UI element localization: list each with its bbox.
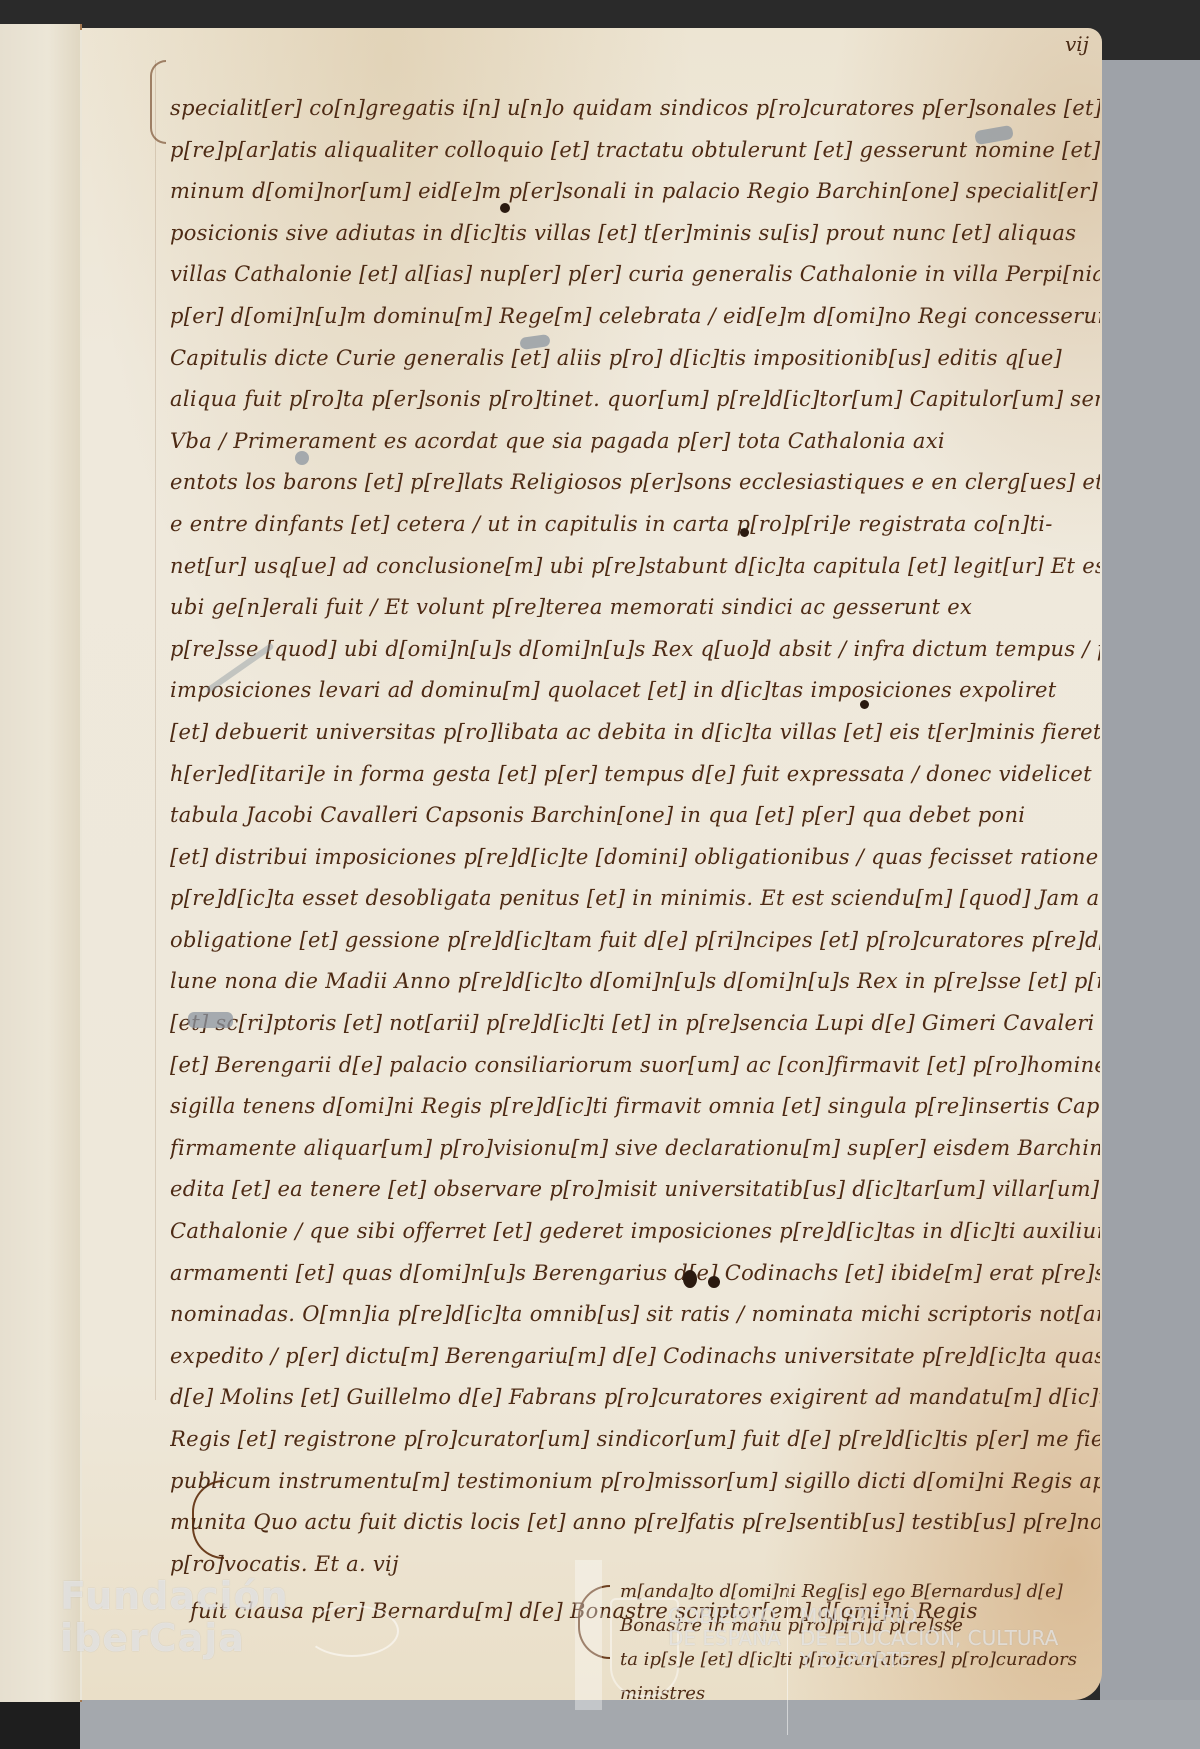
margin-ruling bbox=[155, 60, 156, 1400]
text-line: imposiciones levari ad dominu[m] quolace… bbox=[170, 670, 1100, 712]
text-line: p[re]d[ic]ta esset desobligata penitus [… bbox=[170, 878, 1100, 920]
watermark-text: Y DEPORTE bbox=[800, 1649, 1058, 1671]
text-line: d[e] Molins [et] Guillelmo d[e] Fabrans … bbox=[170, 1377, 1100, 1419]
manuscript-text-block: specialit[er] co[n]gregatis i[n] u[n]o q… bbox=[170, 88, 1100, 1633]
text-line: [et] debuerit universitas p[ro]libata ac… bbox=[170, 712, 1100, 754]
text-line: armamenti [et] quas d[omi]n[u]s Berengar… bbox=[170, 1253, 1100, 1295]
text-line: Vba / Primerament es acordat que sia pag… bbox=[170, 421, 1100, 463]
text-line: e entre dinfants [et] cetera / ut in cap… bbox=[170, 504, 1100, 546]
text-line: Cathalonie / que sibi offerret [et] gede… bbox=[170, 1211, 1100, 1253]
text-line: h[er]ed[itari]e in forma gesta [et] p[er… bbox=[170, 754, 1100, 796]
repair-patch bbox=[295, 451, 309, 465]
text-line: Capitulis dicte Curie generalis [et] ali… bbox=[170, 338, 1100, 380]
text-line: [et] Berengarii d[e] palacio consiliario… bbox=[170, 1045, 1100, 1087]
text-line: Regis [et] registrone p[ro]curator[um] s… bbox=[170, 1419, 1100, 1461]
text-line: p[er] d[omi]n[u]m dominu[m] Rege[m] cele… bbox=[170, 296, 1100, 338]
text-line: lune nona die Madii Anno p[re]d[ic]to d[… bbox=[170, 961, 1100, 1003]
watermark-text: DE EDUCACIÓN, CULTURA bbox=[800, 1627, 1058, 1649]
watermark-divider bbox=[787, 1585, 788, 1735]
ministerio-watermark: MINISTERIO DE EDUCACIÓN, CULTURA Y DEPOR… bbox=[800, 1605, 1058, 1671]
text-line: p[re]p[ar]atis aliqualiter colloquio [et… bbox=[170, 130, 1100, 172]
repair-patch bbox=[188, 1012, 233, 1028]
text-line: specialit[er] co[n]gregatis i[n] u[n]o q… bbox=[170, 88, 1100, 130]
scanner-bed-corner bbox=[0, 1700, 80, 1749]
ink-blot bbox=[860, 700, 869, 709]
gobierno-espana-watermark: GOBIERNO DE ESPAÑA bbox=[668, 1605, 781, 1649]
ink-blot bbox=[683, 1270, 697, 1288]
watermark-text: Fundación bbox=[60, 1575, 289, 1617]
watermark-text: DE ESPAÑA bbox=[668, 1627, 781, 1649]
government-flag-bar bbox=[575, 1560, 602, 1710]
text-line: [et] distribui imposiciones p[re]d[ic]te… bbox=[170, 837, 1100, 879]
watermark-text: GOBIERNO bbox=[668, 1605, 781, 1627]
text-line: obligatione [et] gessione p[re]d[ic]tam … bbox=[170, 920, 1100, 962]
fundacion-ibercaja-watermark: Fundación iberCaja bbox=[60, 1575, 289, 1659]
text-line: net[ur] usq[ue] ad conclusione[m] ubi p[… bbox=[170, 546, 1100, 588]
ink-blot bbox=[740, 528, 749, 537]
ink-blot bbox=[708, 1276, 720, 1288]
text-line: publicum instrumentu[m] testimonium p[ro… bbox=[170, 1461, 1100, 1503]
ibercaja-logo-icon bbox=[305, 1605, 399, 1657]
facing-page-edge bbox=[0, 24, 82, 1702]
text-line: aliqua fuit p[ro]ta p[er]sonis p[ro]tine… bbox=[170, 379, 1100, 421]
text-line: nominadas. O[mn]ia p[re]d[ic]ta omnib[us… bbox=[170, 1294, 1100, 1336]
text-line: entots los barons [et] p[re]lats Religio… bbox=[170, 462, 1100, 504]
text-line: p[re]sse [quod] ubi d[omi]n[u]s d[omi]n[… bbox=[170, 629, 1100, 671]
text-line: munita Quo actu fuit dictis locis [et] a… bbox=[170, 1502, 1100, 1544]
folio-number: vij bbox=[1065, 32, 1089, 56]
mat-background bbox=[1100, 60, 1200, 1749]
text-line: firmamente aliquar[um] p[ro]visionu[m] s… bbox=[170, 1128, 1100, 1170]
text-line: edita [et] ea tenere [et] observare p[ro… bbox=[170, 1169, 1100, 1211]
margin-bracket-top bbox=[150, 60, 166, 144]
watermark-text: iberCaja bbox=[60, 1617, 289, 1659]
watermark-text: MINISTERIO bbox=[800, 1605, 1058, 1627]
text-line: villas Cathalonie [et] al[ias] nup[er] p… bbox=[170, 254, 1100, 296]
text-line: tabula Jacobi Cavalleri Capsonis Barchin… bbox=[170, 795, 1100, 837]
text-line: sigilla tenens d[omi]ni Regis p[re]d[ic]… bbox=[170, 1086, 1100, 1128]
text-line: [et] sc[ri]ptoris [et] not[arii] p[re]d[… bbox=[170, 1003, 1100, 1045]
text-line: expedito / p[er] dictu[m] Berengariu[m] … bbox=[170, 1336, 1100, 1378]
text-line: posicionis sive adiutas in d[ic]tis vill… bbox=[170, 213, 1100, 255]
ink-blot bbox=[500, 203, 510, 213]
text-line: minum d[omi]nor[um] eid[e]m p[er]sonali … bbox=[170, 171, 1100, 213]
text-line: ubi ge[n]erali fuit / Et volunt p[re]ter… bbox=[170, 587, 1100, 629]
